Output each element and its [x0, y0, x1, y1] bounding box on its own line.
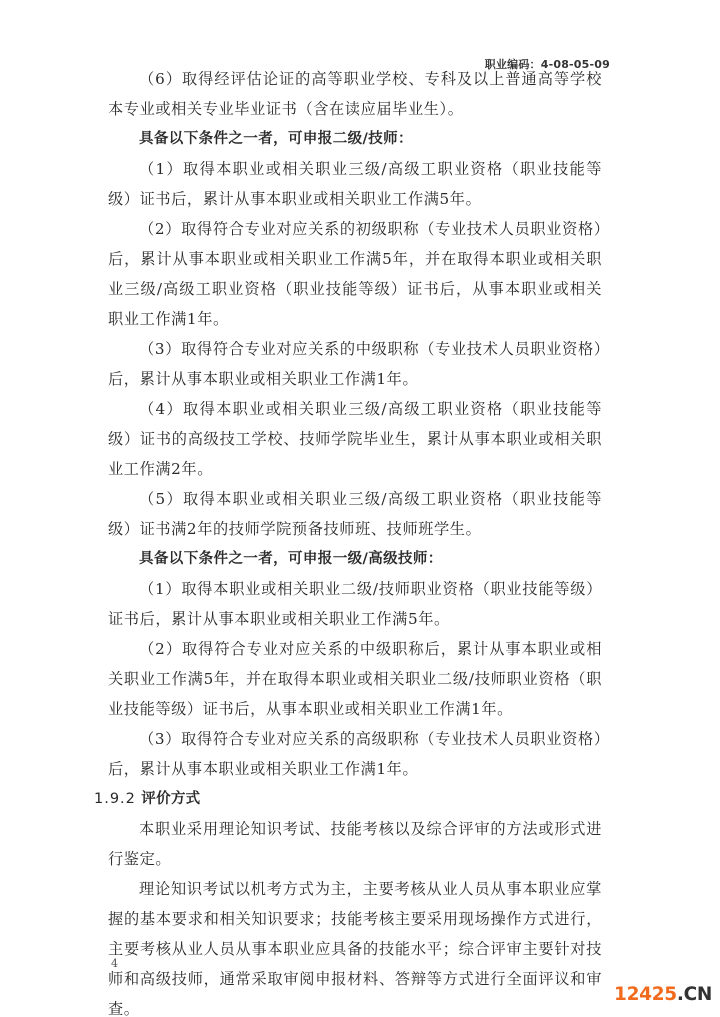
watermark-tld: .CN	[677, 984, 712, 1005]
section-heading: 1.9.2 评价方式	[94, 784, 602, 814]
paragraph-item-6: （6）取得经评估论证的高等职业学校、专科及以上普通高等学校本专业或相关专业毕业证…	[108, 64, 602, 124]
level-1-criteria-heading: 具备以下条件之一者，可申报一级/高级技师：	[108, 544, 602, 574]
evaluation-detail-paragraph: 理论知识考试以机考方式为主，主要考核从业人员从事本职业应掌握的基本要求和相关知识…	[108, 874, 602, 1017]
level-2-item-2: （2）取得符合专业对应关系的初级职称（专业技术人员职业资格）后，累计从事本职业或…	[108, 214, 602, 334]
level-2-item-1: （1）取得本职业或相关职业三级/高级工职业资格（职业技能等级）证书后，累计从事本…	[108, 154, 602, 214]
document-body: （6）取得经评估论证的高等职业学校、专科及以上普通高等学校本专业或相关专业毕业证…	[108, 64, 602, 1017]
section-title: 评价方式	[141, 791, 200, 807]
evaluation-method-paragraph: 本职业采用理论知识考试、技能考核以及综合评审的方法或形式进行鉴定。	[108, 814, 602, 874]
site-watermark: 12425.CN	[614, 984, 712, 1005]
level-2-criteria-heading: 具备以下条件之一者，可申报二级/技师：	[108, 124, 602, 154]
watermark-number: 12425	[614, 984, 677, 1005]
page-number: 4	[111, 957, 118, 970]
level-1-item-2: （2）取得符合专业对应关系的中级职称后，累计从事本职业或相关职业工作满5年，并在…	[108, 634, 602, 724]
level-2-item-4: （4）取得本职业或相关职业三级/高级工职业资格（职业技能等级）证书的高级技工学校…	[108, 394, 602, 484]
section-number: 1.9.2	[94, 791, 136, 807]
level-2-item-3: （3）取得符合专业对应关系的中级职称（专业技术人员职业资格）后，累计从事本职业或…	[108, 334, 602, 394]
level-1-item-1: （1）取得本职业或相关职业二级/技师职业资格（职业技能等级）证书后，累计从事本职…	[108, 574, 602, 634]
level-1-item-3: （3）取得符合专业对应关系的高级职称（专业技术人员职业资格）后，累计从事本职业或…	[108, 724, 602, 784]
level-2-item-5: （5）取得本职业或相关职业三级/高级工职业资格（职业技能等级）证书满2年的技师学…	[108, 484, 602, 544]
